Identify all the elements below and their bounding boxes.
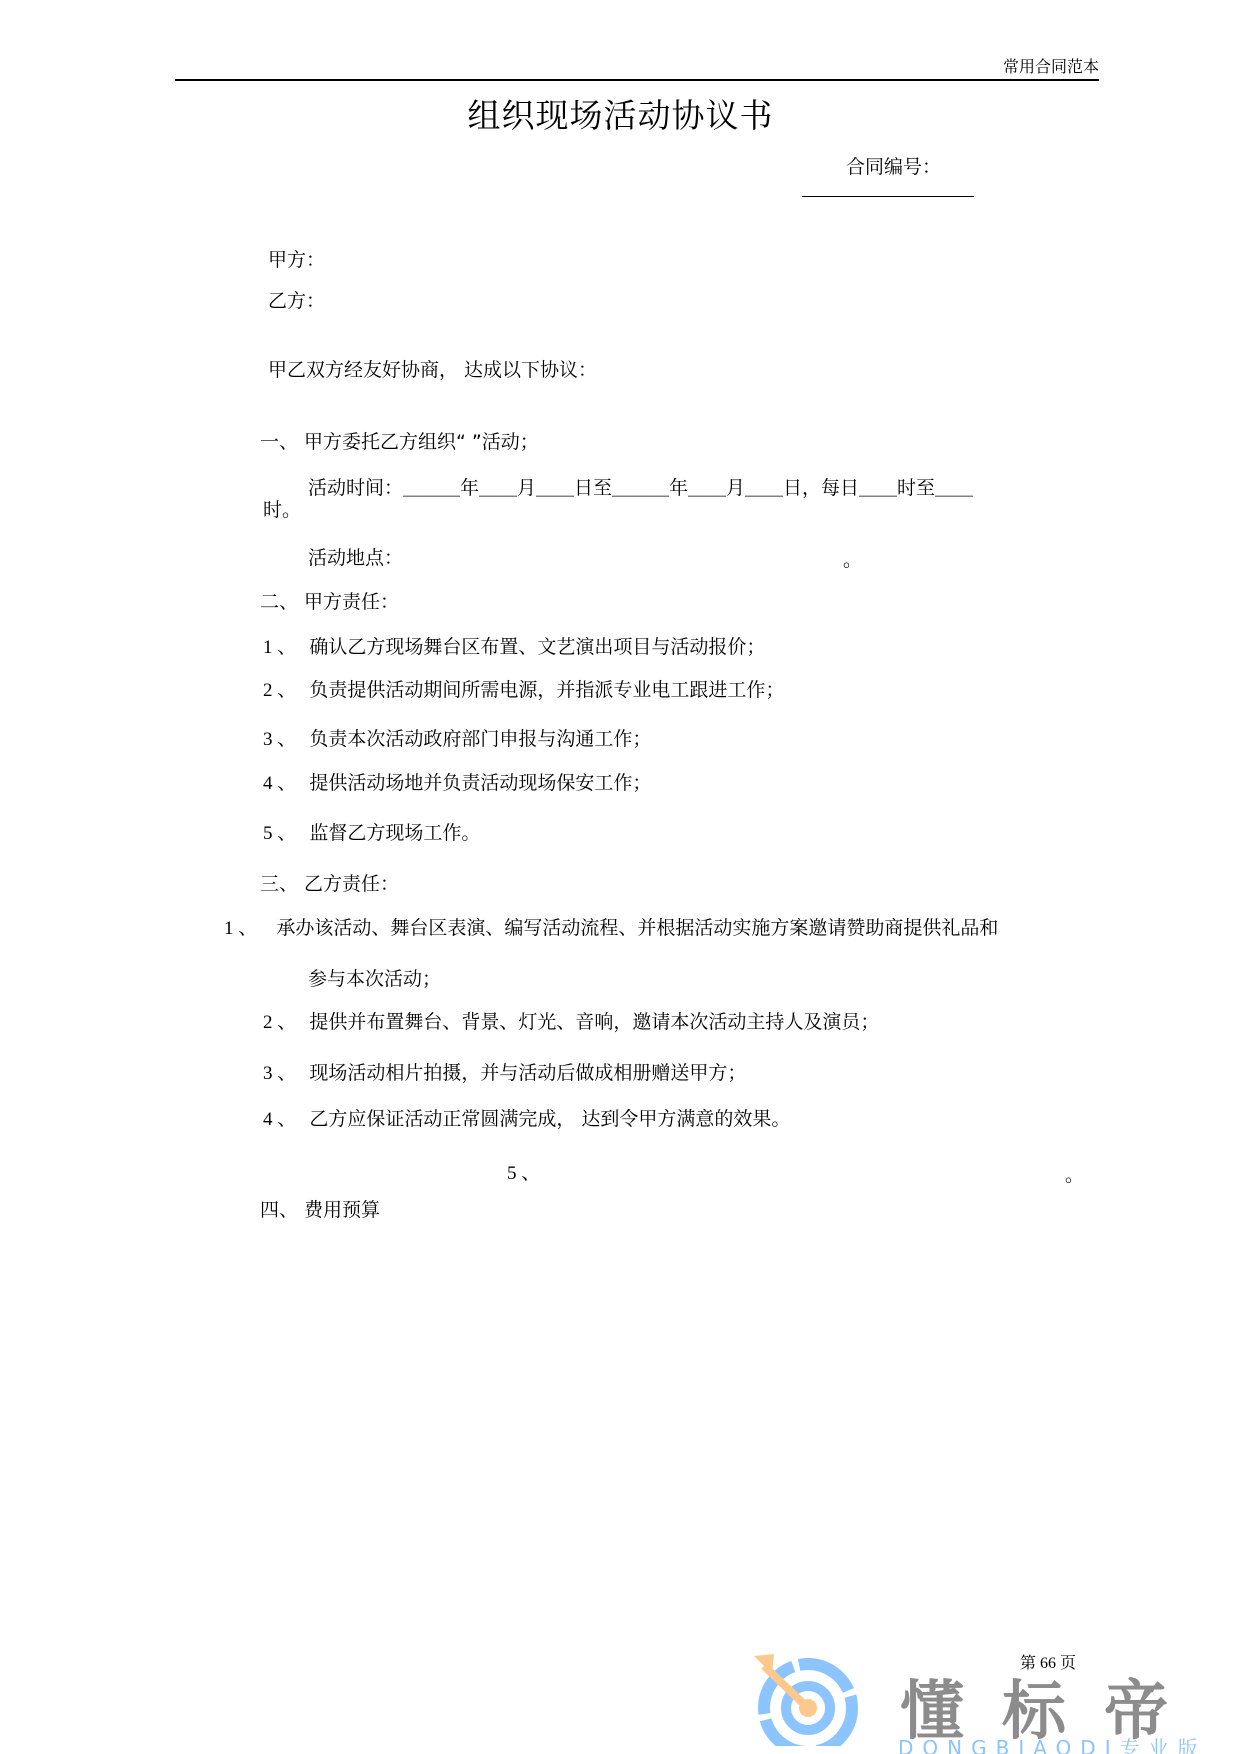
- item-number: 5 、: [263, 823, 296, 844]
- contract-number-label: 合同编号：: [846, 152, 941, 179]
- activity-time-end: 时。: [263, 495, 301, 522]
- item-text: 提供活动场地并负责活动现场保安工作；: [309, 772, 651, 794]
- item-number: 5 、: [507, 1163, 540, 1184]
- preamble: 甲乙双方经友好协商， 达成以下协议：: [268, 355, 597, 382]
- item-text: 提供并布置舞台、背景、灯光、音响，邀请本次活动主持人及演员；: [309, 1011, 879, 1033]
- item-text: 乙方应保证活动正常圆满完成， 达到令甲方满意的效果。: [309, 1108, 790, 1130]
- section3-item-5: 5 、: [507, 1158, 540, 1185]
- contract-number-blank: [802, 196, 974, 197]
- section2-heading: 二、 甲方责任：: [260, 587, 399, 614]
- section2-item-2: 2 、 负责提供活动期间所需电源，并指派专业电工跟进工作；: [263, 675, 784, 702]
- section3-item-4: 4 、 乙方应保证活动正常圆满完成， 达到令甲方满意的效果。: [263, 1104, 790, 1131]
- section3-item-1-continuation: 参与本次活动；: [308, 964, 441, 991]
- item-text: 现场活动相片拍摄，并与活动后做成相册赠送甲方；: [309, 1062, 746, 1084]
- item-text: 负责提供活动期间所需电源，并指派专业电工跟进工作；: [309, 679, 784, 701]
- section1-heading: 一、 甲方委托乙方组织“ ”活动；: [260, 427, 539, 454]
- party-b-label: 乙方：: [268, 286, 325, 313]
- item-text: 监督乙方现场工作。: [309, 822, 480, 844]
- item-number: 4 、: [263, 1109, 296, 1130]
- item-number: 2 、: [263, 1012, 296, 1033]
- item-number: 1 、: [224, 918, 257, 939]
- watermark-logo: 懂标帝 DONGBIAODI专业版: [750, 1660, 1210, 1754]
- item-number: 3 、: [263, 729, 296, 750]
- section2-item-1: 1 、 确认乙方现场舞台区布置、文艺演出项目与活动报价；: [263, 632, 765, 659]
- item-text: 承办该活动、舞台区表演、编写活动流程、并根据活动实施方案邀请赞助商提供礼品和: [276, 917, 998, 939]
- activity-place-label: 活动地点：: [308, 543, 403, 570]
- document-title: 组织现场活动协议书: [0, 90, 1241, 137]
- item-text: 确认乙方现场舞台区布置、文艺演出项目与活动报价；: [309, 636, 765, 658]
- activity-place-end: 。: [843, 545, 862, 572]
- section3-item-3: 3 、 现场活动相片拍摄，并与活动后做成相册赠送甲方；: [263, 1058, 746, 1085]
- section2-item-5: 5 、 监督乙方现场工作。: [263, 818, 480, 845]
- header-label: 常用合同范本: [1003, 54, 1099, 77]
- item-number: 4 、: [263, 773, 296, 794]
- section3-heading: 三、 乙方责任：: [260, 869, 399, 896]
- section3-item-2: 2 、 提供并布置舞台、背景、灯光、音响，邀请本次活动主持人及演员；: [263, 1007, 879, 1034]
- section2-item-3: 3 、 负责本次活动政府部门申报与沟通工作；: [263, 724, 651, 751]
- item-text: 负责本次活动政府部门申报与沟通工作；: [309, 728, 651, 750]
- item-number: 1 、: [263, 637, 296, 658]
- item-number: 2 、: [263, 680, 296, 701]
- activity-time-line: 活动时间：＿＿＿年＿＿月＿＿日至＿＿＿年＿＿月＿＿日，每日＿＿时至＿＿: [308, 473, 973, 500]
- item-number: 3 、: [263, 1063, 296, 1084]
- party-a-label: 甲方：: [268, 245, 325, 272]
- section2-item-4: 4 、 提供活动场地并负责活动现场保安工作；: [263, 768, 651, 795]
- section4-heading: 四、 费用预算: [260, 1195, 380, 1222]
- section3-item-5-end: 。: [1065, 1160, 1084, 1187]
- target-arrow-icon: [750, 1646, 870, 1746]
- section3-item-1: 1 、 承办该活动、舞台区表演、编写活动流程、并根据活动实施方案邀请赞助商提供礼…: [224, 913, 998, 940]
- watermark-name-en: DONGBIAODI专业版: [898, 1732, 1207, 1754]
- header-rule: [175, 79, 1099, 81]
- page-number: 第 66 页: [1020, 1650, 1076, 1673]
